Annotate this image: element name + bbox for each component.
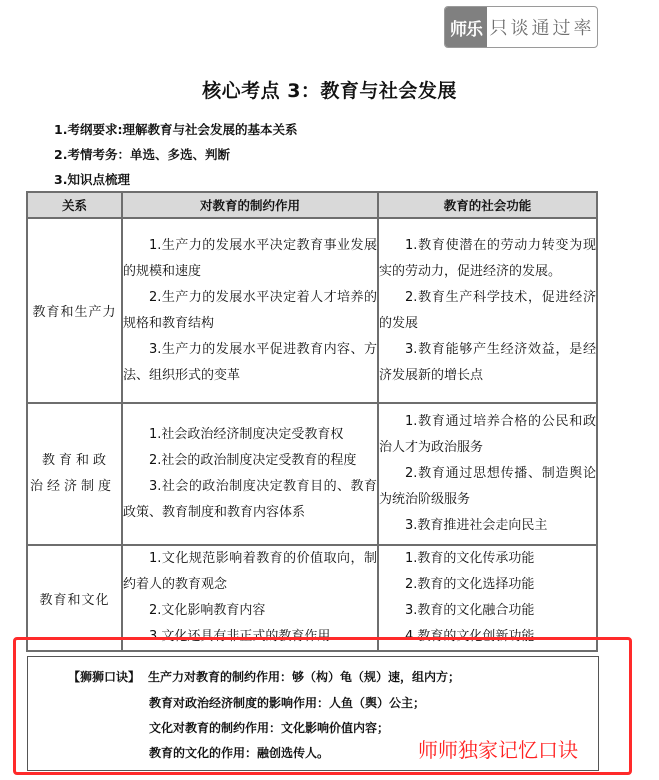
functions-cell: 1.教育通过培养合格的公民和政治人才为政治服务 2.教育通过思想传播、制造舆论为…: [378, 403, 597, 545]
exclusive-mnemonic-stamp: 师师独家记忆口诀: [418, 734, 578, 763]
table-header-row: 关系 对教育的制约作用 教育的社会功能: [27, 192, 597, 218]
function-item: 1.教育的文化传承功能: [379, 546, 596, 572]
constraint-item: 3.社会的政治制度决定教育目的、教育政策、教育制度和教育内容体系: [123, 474, 377, 526]
relation-cell: 教育和政治经济制度: [27, 403, 122, 545]
functions-cell: 1.教育的文化传承功能 2.教育的文化选择功能 3.教育的文化融合功能 4.教育…: [378, 545, 597, 651]
constraint-item: 3.生产力的发展水平促进教育内容、方法、组织形式的变革: [123, 337, 377, 389]
header-relation: 关系: [27, 192, 122, 218]
function-item: 2.教育生产科学技术，促进经济的发展: [379, 285, 596, 337]
table-row: 教育和文化 1.文化规范影响着教育的价值取向，制约着人的教育观念 2.文化影响教…: [27, 545, 597, 651]
brand-logo: 师乐: [445, 7, 487, 47]
relation-cell: 教育和文化: [27, 545, 122, 651]
function-item: 2.教育通过思想传播、制造舆论为统治阶级服务: [379, 461, 596, 513]
brand-badge: 师乐 只谈通过率: [444, 6, 598, 48]
table-row: 教育和生产力 1.生产力的发展水平决定教育事业发展的规模和速度 2.生产力的发展…: [27, 218, 597, 403]
constraint-item: 1.文化规范影响着教育的价值取向，制约着人的教育观念: [123, 546, 377, 598]
function-item: 3.教育的文化融合功能: [379, 598, 596, 624]
exam-question-types: 2.考情考务：单选、多选、判断: [54, 145, 230, 163]
function-item: 3.教育推进社会走向民主: [379, 513, 596, 539]
mnemonic-line: 文化对教育的制约作用：文化影响价值内容；: [149, 719, 389, 736]
mnemonic-label: 【狮狮口诀】: [68, 668, 140, 685]
exam-requirement: 1.考纲要求:理解教育与社会发展的基本关系: [54, 120, 297, 138]
knowledge-table: 关系 对教育的制约作用 教育的社会功能 教育和生产力 1.生产力的发展水平决定教…: [26, 191, 598, 652]
function-item: 3.教育能够产生经济效益，是经济发展新的增长点: [379, 337, 596, 389]
relation-cell: 教育和生产力: [27, 218, 122, 403]
table-row: 教育和政治经济制度 1.社会政治经济制度决定受教育权 2.社会的政治制度决定受教…: [27, 403, 597, 545]
page-title: 核心考点 3：教育与社会发展: [0, 76, 659, 103]
header-functions: 教育的社会功能: [378, 192, 597, 218]
brand-slogan: 只谈通过率: [487, 7, 597, 47]
function-item: 1.教育通过培养合格的公民和政治人才为政治服务: [379, 409, 596, 461]
mnemonic-line: 教育的文化的作用：融创选传人。: [149, 744, 329, 761]
constraint-item: 2.社会的政治制度决定受教育的程度: [123, 448, 377, 474]
mnemonic-line: 教育对政治经济制度的影响作用：人鱼（舆）公主；: [149, 694, 425, 711]
constraint-item: 1.生产力的发展水平决定教育事业发展的规模和速度: [123, 233, 377, 285]
functions-cell: 1.教育使潜在的劳动力转变为现实的劳动力，促进经济的发展。 2.教育生产科学技术…: [378, 218, 597, 403]
constraint-item: 2.生产力的发展水平决定着人才培养的规格和教育结构: [123, 285, 377, 337]
mnemonic-line: 生产力对教育的制约作用：够（构）龟（规）速，组内方；: [148, 668, 460, 685]
relation-label: 教育和政治经济制度: [30, 448, 121, 500]
constraint-item: 2.文化影响教育内容: [123, 598, 377, 624]
header-constraints: 对教育的制约作用: [122, 192, 378, 218]
function-item: 2.教育的文化选择功能: [379, 572, 596, 598]
constraints-cell: 1.生产力的发展水平决定教育事业发展的规模和速度 2.生产力的发展水平决定着人才…: [122, 218, 378, 403]
constraints-cell: 1.社会政治经济制度决定受教育权 2.社会的政治制度决定受教育的程度 3.社会的…: [122, 403, 378, 545]
knowledge-outline-heading: 3.知识点梳理: [54, 170, 130, 188]
function-item: 1.教育使潜在的劳动力转变为现实的劳动力，促进经济的发展。: [379, 233, 596, 285]
constraints-cell: 1.文化规范影响着教育的价值取向，制约着人的教育观念 2.文化影响教育内容 3.…: [122, 545, 378, 651]
constraint-item: 1.社会政治经济制度决定受教育权: [123, 422, 377, 448]
